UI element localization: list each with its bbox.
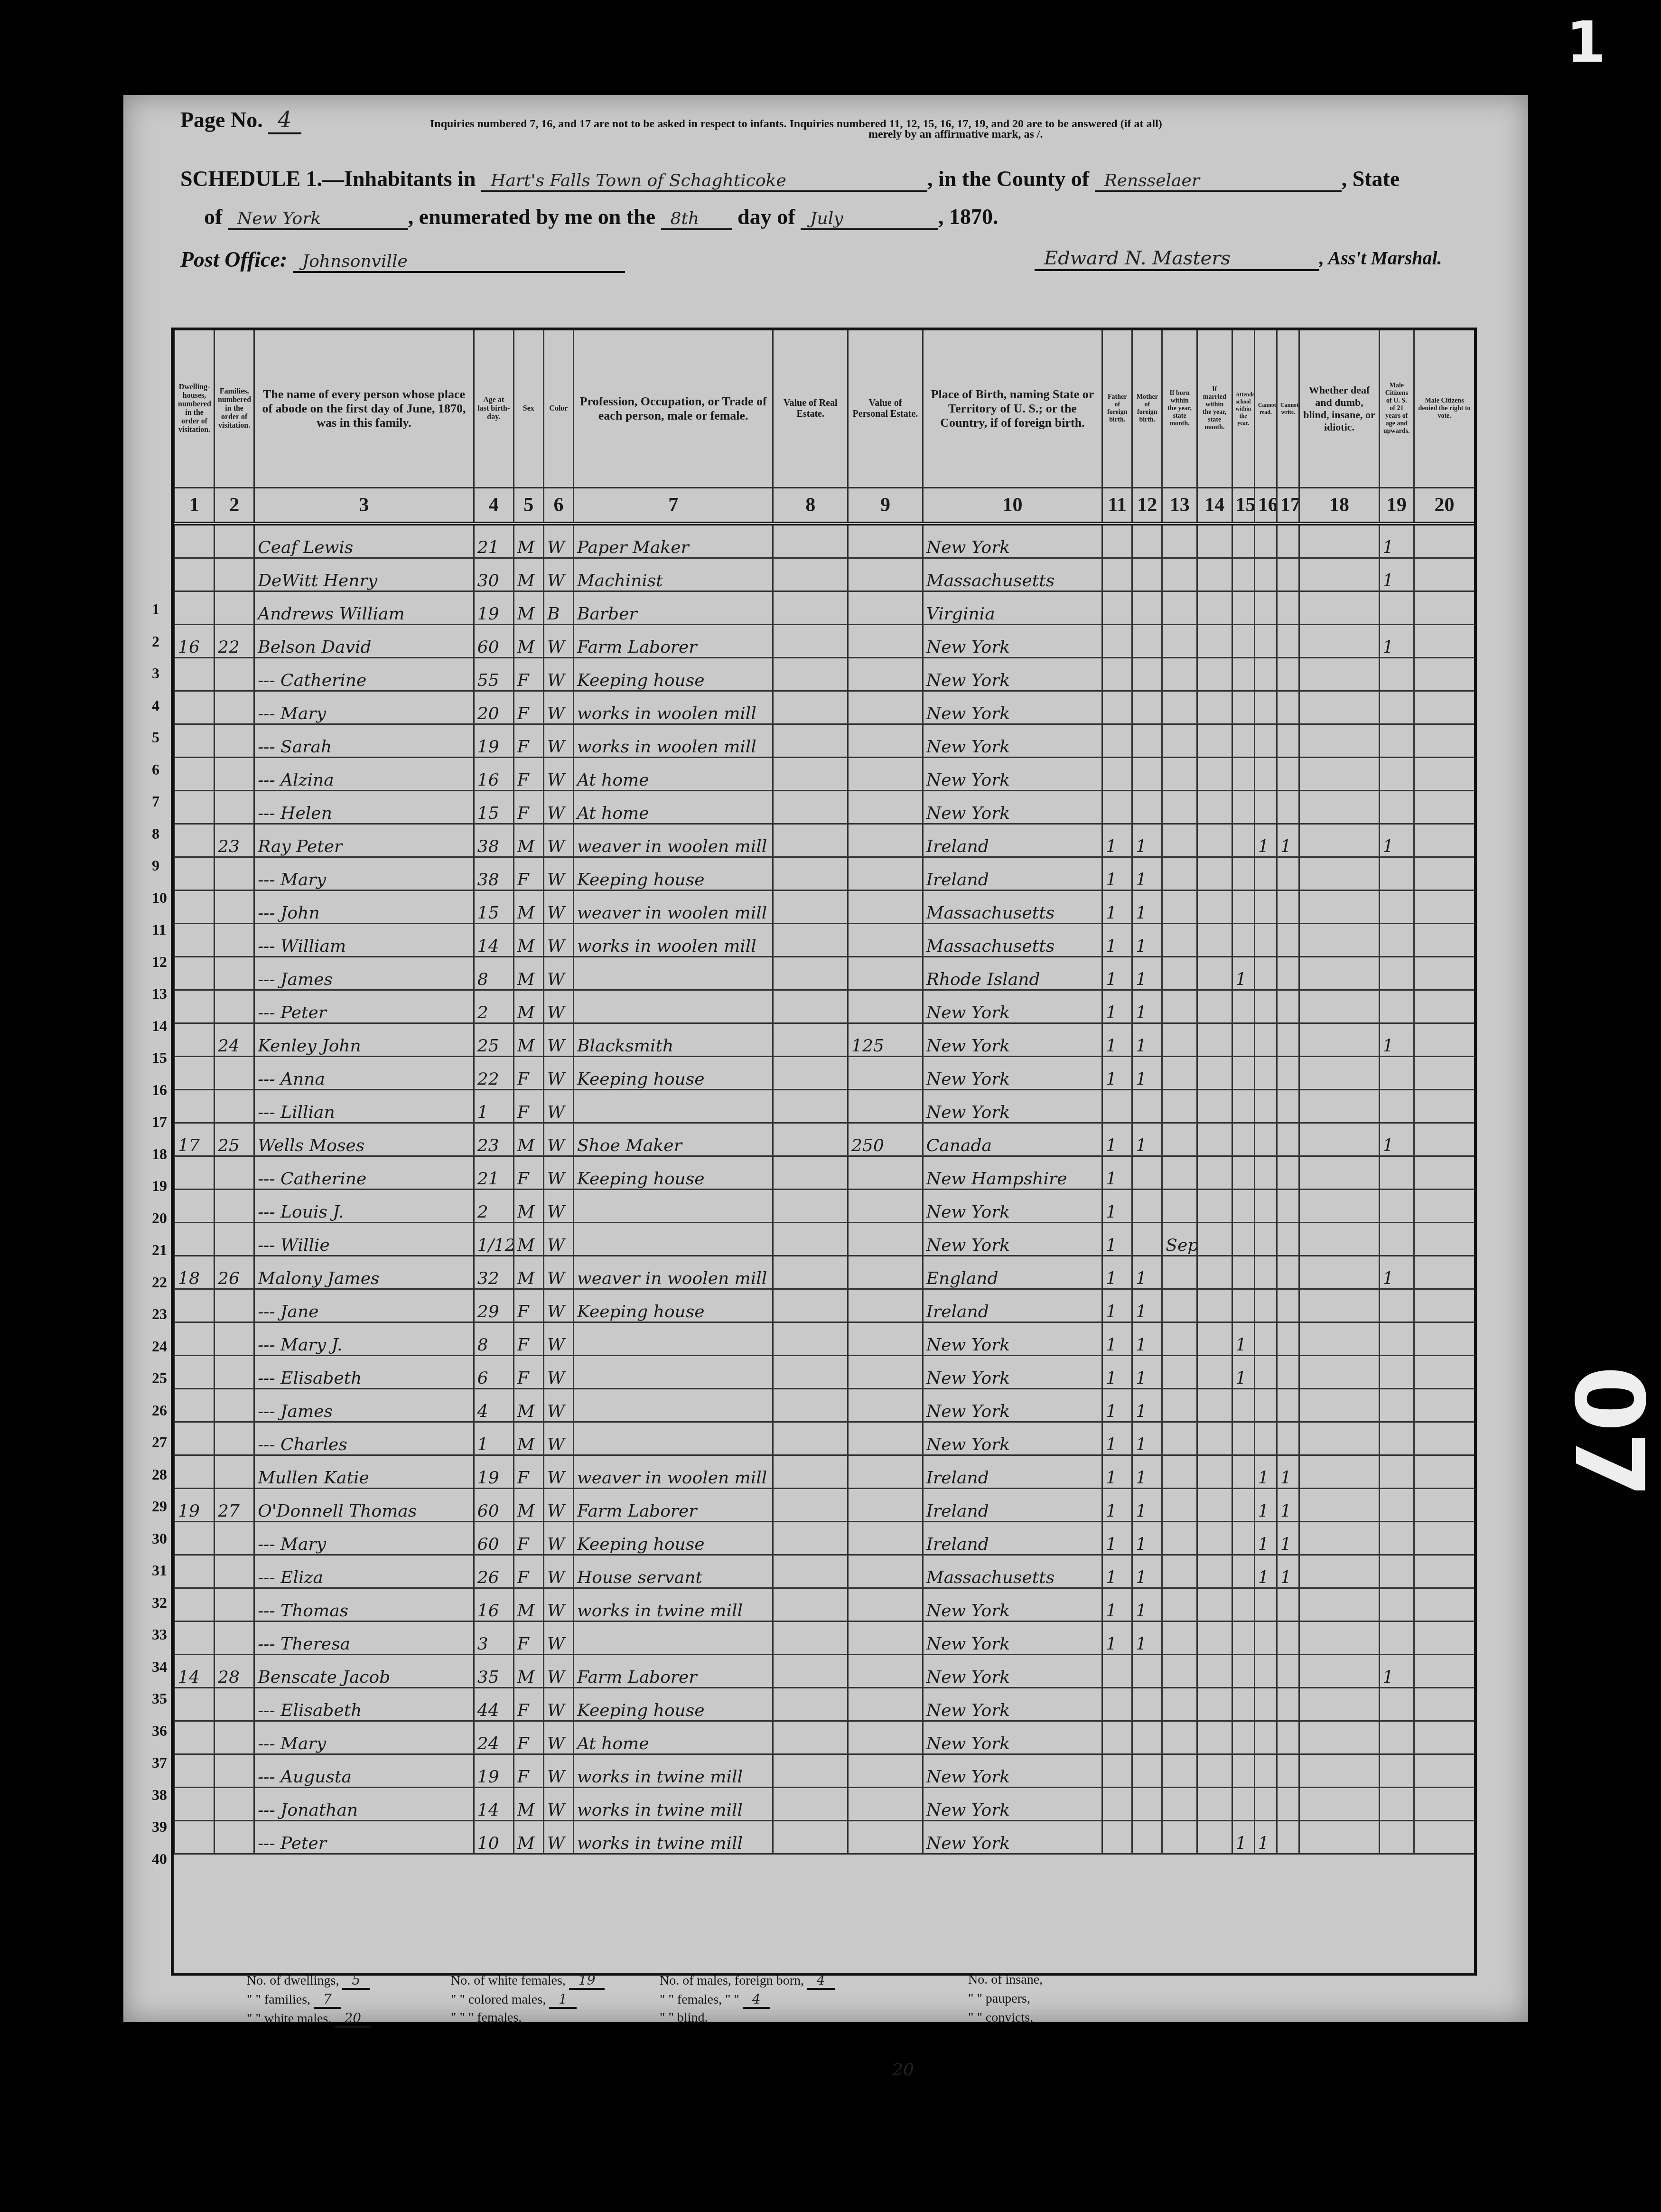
cell-c13 bbox=[1162, 1788, 1197, 1821]
row-number: 8 bbox=[152, 825, 159, 843]
cell-age: 10 bbox=[474, 1821, 513, 1854]
cell-occ bbox=[573, 1422, 773, 1455]
cell-c18 bbox=[1299, 924, 1379, 957]
cell-birth: New York bbox=[923, 1356, 1102, 1389]
row-number: 30 bbox=[152, 1530, 167, 1547]
paupers-total: " " paupers, bbox=[968, 1991, 1030, 2006]
cell-c17 bbox=[1277, 1356, 1299, 1389]
cell-pe bbox=[848, 1688, 923, 1721]
cell-c12 bbox=[1132, 791, 1162, 824]
cell-c17 bbox=[1277, 957, 1299, 990]
cell-birth: New York bbox=[923, 524, 1102, 558]
cell-occ: At home bbox=[573, 1721, 773, 1754]
cell-re bbox=[773, 558, 848, 591]
cell-c17: 1 bbox=[1277, 1489, 1299, 1522]
table-row: --- Peter10MWworks in twine millNew York… bbox=[175, 1821, 1474, 1854]
cell-c17 bbox=[1277, 1090, 1299, 1123]
cell-c15 bbox=[1232, 625, 1254, 658]
row-number: 19 bbox=[152, 1177, 167, 1195]
cell-c19 bbox=[1379, 1821, 1414, 1854]
cell-c19: 1 bbox=[1379, 625, 1414, 658]
cell-c19 bbox=[1379, 1322, 1414, 1356]
cell-c11 bbox=[1102, 1090, 1132, 1123]
cell-color: W bbox=[543, 1489, 573, 1522]
cell-dw bbox=[175, 1023, 215, 1057]
cell-sex: M bbox=[513, 1422, 543, 1455]
cell-re bbox=[773, 758, 848, 791]
cell-c18 bbox=[1299, 1389, 1379, 1422]
cell-sex: F bbox=[513, 691, 543, 724]
cell-name: --- Jonathan bbox=[254, 1788, 474, 1821]
cell-c11: 1 bbox=[1102, 1289, 1132, 1322]
cell-color: W bbox=[543, 1356, 573, 1389]
cell-c15 bbox=[1232, 524, 1254, 558]
cell-c11: 1 bbox=[1102, 857, 1132, 890]
cell-birth: Ireland bbox=[923, 824, 1102, 857]
col-header-19: Male Citizens of U. S. of 21 years of ag… bbox=[1379, 330, 1414, 488]
cell-dw bbox=[175, 658, 215, 691]
cell-c17 bbox=[1277, 1622, 1299, 1655]
cell-dw: 17 bbox=[175, 1123, 215, 1156]
cell-dw bbox=[175, 1721, 215, 1754]
cell-c16 bbox=[1254, 1256, 1277, 1289]
state-field: New York bbox=[228, 209, 408, 230]
cell-color: W bbox=[543, 1688, 573, 1721]
cell-sex: M bbox=[513, 1190, 543, 1223]
col-num: 7 bbox=[573, 488, 773, 524]
table-row: --- John15MWweaver in woolen millMassach… bbox=[175, 890, 1474, 924]
cell-c18 bbox=[1299, 591, 1379, 625]
cell-c13 bbox=[1162, 558, 1197, 591]
cell-sex: F bbox=[513, 1090, 543, 1123]
cell-birth: Ireland bbox=[923, 1489, 1102, 1522]
cell-re bbox=[773, 1588, 848, 1622]
cell-c11 bbox=[1102, 691, 1132, 724]
cell-c18 bbox=[1299, 1721, 1379, 1754]
cell-c12: 1 bbox=[1132, 1489, 1162, 1522]
column-numbers: 1 2 3 4 5 6 7 8 9 10 11 12 13 14 15 16 1 bbox=[175, 488, 1474, 524]
cell-pe bbox=[848, 990, 923, 1023]
cell-c20 bbox=[1414, 1788, 1474, 1821]
cell-dw bbox=[175, 1455, 215, 1489]
cell-dw bbox=[175, 524, 215, 558]
cell-re bbox=[773, 1156, 848, 1190]
table-row: --- Willie1/12MWNew York1Sept bbox=[175, 1223, 1474, 1256]
cell-c12 bbox=[1132, 1190, 1162, 1223]
cell-dw bbox=[175, 890, 215, 924]
cell-sex: F bbox=[513, 791, 543, 824]
cell-fam bbox=[215, 924, 254, 957]
cell-birth: New York bbox=[923, 1688, 1102, 1721]
cell-occ: Shoe Maker bbox=[573, 1123, 773, 1156]
cell-c12: 1 bbox=[1132, 1289, 1162, 1322]
cell-fam bbox=[215, 1190, 254, 1223]
cell-c18 bbox=[1299, 1322, 1379, 1356]
cell-sex: M bbox=[513, 1489, 543, 1522]
cell-c14 bbox=[1197, 691, 1232, 724]
cell-birth: New York bbox=[923, 1057, 1102, 1090]
cell-color: W bbox=[543, 1788, 573, 1821]
cell-c16 bbox=[1254, 791, 1277, 824]
cell-name: --- Lillian bbox=[254, 1090, 474, 1123]
cell-c14 bbox=[1197, 1522, 1232, 1555]
cell-color: W bbox=[543, 824, 573, 857]
cell-c13 bbox=[1162, 1190, 1197, 1223]
cell-c18 bbox=[1299, 724, 1379, 758]
cell-occ bbox=[573, 957, 773, 990]
cell-c12: 1 bbox=[1132, 890, 1162, 924]
cell-occ: Keeping house bbox=[573, 1057, 773, 1090]
post-office-line: Post Office: Johnsonville bbox=[180, 247, 625, 273]
cell-c15 bbox=[1232, 890, 1254, 924]
row-number: 38 bbox=[152, 1786, 167, 1804]
cell-fam bbox=[215, 1090, 254, 1123]
cell-sex: M bbox=[513, 990, 543, 1023]
col-header-17: Cannot write. bbox=[1277, 330, 1299, 488]
col-header-10: Place of Birth, naming State or Territor… bbox=[923, 330, 1102, 488]
cell-sex: F bbox=[513, 1455, 543, 1489]
cell-sex: M bbox=[513, 1123, 543, 1156]
row-number: 29 bbox=[152, 1498, 167, 1515]
cell-c17 bbox=[1277, 1389, 1299, 1422]
cell-fam bbox=[215, 1389, 254, 1422]
cell-c17 bbox=[1277, 658, 1299, 691]
cell-c15 bbox=[1232, 1422, 1254, 1455]
cell-c16 bbox=[1254, 691, 1277, 724]
cell-c19 bbox=[1379, 1489, 1414, 1522]
col-num: 11 bbox=[1102, 488, 1132, 524]
cell-birth: New York bbox=[923, 1422, 1102, 1455]
cell-name: --- Willie bbox=[254, 1223, 474, 1256]
cell-fam bbox=[215, 957, 254, 990]
cell-birth: New York bbox=[923, 1090, 1102, 1123]
cell-re bbox=[773, 724, 848, 758]
cell-sex: M bbox=[513, 591, 543, 625]
cell-c13 bbox=[1162, 1455, 1197, 1489]
cell-c15 bbox=[1232, 1555, 1254, 1588]
table-row: --- Mary24FWAt homeNew York bbox=[175, 1721, 1474, 1754]
cell-c13 bbox=[1162, 1489, 1197, 1522]
cell-occ bbox=[573, 1389, 773, 1422]
footer-mark: 20 bbox=[892, 2060, 914, 2080]
cell-c16 bbox=[1254, 724, 1277, 758]
cell-dw bbox=[175, 1522, 215, 1555]
side-stamp: 07 bbox=[1553, 1366, 1661, 1498]
cell-pe bbox=[848, 658, 923, 691]
cell-pe bbox=[848, 957, 923, 990]
county-label: , in the County of bbox=[927, 167, 1089, 191]
cell-fam bbox=[215, 1555, 254, 1588]
cell-name: --- Helen bbox=[254, 791, 474, 824]
cell-age: 19 bbox=[474, 1455, 513, 1489]
foreign-females-total: " " females, " " 4 bbox=[660, 1991, 770, 2009]
cell-birth: Massachusetts bbox=[923, 890, 1102, 924]
cell-fam bbox=[215, 724, 254, 758]
cell-re bbox=[773, 924, 848, 957]
cell-color: W bbox=[543, 1555, 573, 1588]
cell-re bbox=[773, 1688, 848, 1721]
cell-c11 bbox=[1102, 558, 1132, 591]
cell-dw bbox=[175, 1422, 215, 1455]
cell-birth: New York bbox=[923, 1190, 1102, 1223]
cell-dw bbox=[175, 791, 215, 824]
cell-c13 bbox=[1162, 1090, 1197, 1123]
cell-c14 bbox=[1197, 857, 1232, 890]
cell-c19 bbox=[1379, 1356, 1414, 1389]
cell-fam: 24 bbox=[215, 1023, 254, 1057]
cell-color: W bbox=[543, 1223, 573, 1256]
cell-age: 19 bbox=[474, 1754, 513, 1788]
table-row: --- Mary J.8FWNew York111 bbox=[175, 1322, 1474, 1356]
cell-c19 bbox=[1379, 1223, 1414, 1256]
cell-c14 bbox=[1197, 1023, 1232, 1057]
cell-birth: England bbox=[923, 1256, 1102, 1289]
cell-c17 bbox=[1277, 1754, 1299, 1788]
cell-c20 bbox=[1414, 824, 1474, 857]
cell-re bbox=[773, 791, 848, 824]
cell-c19 bbox=[1379, 1555, 1414, 1588]
cell-c12 bbox=[1132, 1688, 1162, 1721]
cell-c16 bbox=[1254, 1289, 1277, 1322]
cell-dw bbox=[175, 1754, 215, 1788]
row-number: 32 bbox=[152, 1594, 167, 1612]
cell-name: --- Mary bbox=[254, 691, 474, 724]
cell-c20 bbox=[1414, 758, 1474, 791]
cell-c12 bbox=[1132, 1090, 1162, 1123]
row-number: 25 bbox=[152, 1369, 167, 1387]
cell-age: 25 bbox=[474, 1023, 513, 1057]
cell-c12: 1 bbox=[1132, 1588, 1162, 1622]
cell-birth: Ireland bbox=[923, 857, 1102, 890]
cell-occ bbox=[573, 1090, 773, 1123]
cell-c18 bbox=[1299, 990, 1379, 1023]
col-num: 13 bbox=[1162, 488, 1197, 524]
table-row: --- Helen15FWAt homeNew York bbox=[175, 791, 1474, 824]
cell-c11 bbox=[1102, 1821, 1132, 1854]
cell-c17 bbox=[1277, 924, 1299, 957]
cell-fam bbox=[215, 1622, 254, 1655]
cell-age: 44 bbox=[474, 1688, 513, 1721]
cell-c15 bbox=[1232, 990, 1254, 1023]
cell-c17 bbox=[1277, 990, 1299, 1023]
cell-sex: F bbox=[513, 1156, 543, 1190]
cell-pe bbox=[848, 1389, 923, 1422]
cell-c18 bbox=[1299, 1489, 1379, 1522]
cell-c16 bbox=[1254, 524, 1277, 558]
cell-c15 bbox=[1232, 924, 1254, 957]
cell-fam bbox=[215, 758, 254, 791]
cell-age: 35 bbox=[474, 1655, 513, 1688]
cell-re bbox=[773, 1655, 848, 1688]
white-males-total: " " white males, 20 bbox=[247, 2010, 371, 2028]
cell-c17 bbox=[1277, 724, 1299, 758]
cell-color: W bbox=[543, 1256, 573, 1289]
cell-fam: 25 bbox=[215, 1123, 254, 1156]
cell-c19 bbox=[1379, 1190, 1414, 1223]
cell-color: W bbox=[543, 1289, 573, 1322]
cell-c14 bbox=[1197, 1422, 1232, 1455]
cell-name: Kenley John bbox=[254, 1023, 474, 1057]
cell-c11: 1 bbox=[1102, 1223, 1132, 1256]
cell-birth: New York bbox=[923, 1223, 1102, 1256]
col-num: 4 bbox=[474, 488, 513, 524]
cell-c13 bbox=[1162, 724, 1197, 758]
cell-c20 bbox=[1414, 724, 1474, 758]
cell-c14 bbox=[1197, 1389, 1232, 1422]
cell-occ: works in twine mill bbox=[573, 1754, 773, 1788]
cell-color: W bbox=[543, 1190, 573, 1223]
cell-c14 bbox=[1197, 1156, 1232, 1190]
row-number: 35 bbox=[152, 1690, 167, 1707]
cell-c15 bbox=[1232, 758, 1254, 791]
cell-occ: Keeping house bbox=[573, 1522, 773, 1555]
cell-age: 1/12 bbox=[474, 1223, 513, 1256]
cell-c13 bbox=[1162, 857, 1197, 890]
cell-c19: 1 bbox=[1379, 1123, 1414, 1156]
cell-color: W bbox=[543, 1389, 573, 1422]
row-number: 3 bbox=[152, 665, 159, 682]
cell-color: W bbox=[543, 1422, 573, 1455]
row-number: 40 bbox=[152, 1850, 167, 1868]
cell-c15 bbox=[1232, 1588, 1254, 1622]
cell-c16 bbox=[1254, 1090, 1277, 1123]
cell-c16 bbox=[1254, 1655, 1277, 1688]
cell-name: --- Theresa bbox=[254, 1622, 474, 1655]
col-num: 15 bbox=[1232, 488, 1254, 524]
cell-name: Ray Peter bbox=[254, 824, 474, 857]
cell-c12 bbox=[1132, 524, 1162, 558]
col-header-20: Male Citizens denied the right to vote. bbox=[1414, 330, 1474, 488]
cell-dw: 18 bbox=[175, 1256, 215, 1289]
cell-birth: Ireland bbox=[923, 1455, 1102, 1489]
cell-dw bbox=[175, 824, 215, 857]
cell-c17 bbox=[1277, 1123, 1299, 1156]
marshal-signature: Edward N. Masters bbox=[1035, 247, 1319, 271]
cell-age: 38 bbox=[474, 824, 513, 857]
cell-c20 bbox=[1414, 1588, 1474, 1622]
cell-c15 bbox=[1232, 1622, 1254, 1655]
cell-name: --- James bbox=[254, 1389, 474, 1422]
cell-c14 bbox=[1197, 591, 1232, 625]
cell-c15: 1 bbox=[1232, 1356, 1254, 1389]
cell-c11 bbox=[1102, 724, 1132, 758]
cell-c11 bbox=[1102, 524, 1132, 558]
cell-c16 bbox=[1254, 1422, 1277, 1455]
table-row: DeWitt Henry30MWMachinistMassachusetts1 bbox=[175, 558, 1474, 591]
cell-pe bbox=[848, 1821, 923, 1854]
col-num: 9 bbox=[848, 488, 923, 524]
cell-color: W bbox=[543, 957, 573, 990]
table-row: --- Thomas16MWworks in twine millNew Yor… bbox=[175, 1588, 1474, 1622]
cell-re bbox=[773, 1389, 848, 1422]
cell-c18 bbox=[1299, 1256, 1379, 1289]
col-header-4: Age at last birth-day. bbox=[474, 330, 513, 488]
cell-c16 bbox=[1254, 1156, 1277, 1190]
cell-dw bbox=[175, 857, 215, 890]
cell-name: Malony James bbox=[254, 1256, 474, 1289]
row-number: 22 bbox=[152, 1274, 167, 1291]
cell-dw bbox=[175, 691, 215, 724]
cell-age: 55 bbox=[474, 658, 513, 691]
cell-age: 21 bbox=[474, 1156, 513, 1190]
cell-c15: 1 bbox=[1232, 957, 1254, 990]
of-label: of bbox=[204, 205, 222, 229]
col-header-5: Sex bbox=[513, 330, 543, 488]
cell-sex: F bbox=[513, 1322, 543, 1356]
cell-re bbox=[773, 1322, 848, 1356]
cell-c11: 1 bbox=[1102, 1555, 1132, 1588]
cell-occ bbox=[573, 990, 773, 1023]
cell-c18 bbox=[1299, 1788, 1379, 1821]
cell-re bbox=[773, 625, 848, 658]
cell-c15 bbox=[1232, 1023, 1254, 1057]
cell-re bbox=[773, 1422, 848, 1455]
table-row: 1428Benscate Jacob35MWFarm LaborerNew Yo… bbox=[175, 1655, 1474, 1688]
col-num: 1 bbox=[175, 488, 215, 524]
cell-c17 bbox=[1277, 1023, 1299, 1057]
cell-color: W bbox=[543, 658, 573, 691]
cell-re bbox=[773, 1057, 848, 1090]
cell-fam bbox=[215, 1688, 254, 1721]
cell-c11: 1 bbox=[1102, 924, 1132, 957]
table-row: Andrews William19MBBarberVirginia bbox=[175, 591, 1474, 625]
cell-c18 bbox=[1299, 691, 1379, 724]
cell-occ: Barber bbox=[573, 591, 773, 625]
cell-age: 8 bbox=[474, 1322, 513, 1356]
cell-name: Wells Moses bbox=[254, 1123, 474, 1156]
cell-dw bbox=[175, 1289, 215, 1322]
cell-c20 bbox=[1414, 1156, 1474, 1190]
cell-age: 4 bbox=[474, 1389, 513, 1422]
cell-c11: 1 bbox=[1102, 890, 1132, 924]
cell-fam: 22 bbox=[215, 625, 254, 658]
schedule-label: SCHEDULE 1.—Inhabitants in bbox=[180, 167, 476, 191]
cell-c13 bbox=[1162, 1322, 1197, 1356]
cell-c20 bbox=[1414, 1190, 1474, 1223]
cell-fam: 27 bbox=[215, 1489, 254, 1522]
cell-color: W bbox=[543, 724, 573, 758]
cell-dw bbox=[175, 558, 215, 591]
cell-c17 bbox=[1277, 1688, 1299, 1721]
cell-age: 6 bbox=[474, 1356, 513, 1389]
cell-c17 bbox=[1277, 1156, 1299, 1190]
cell-birth: New York bbox=[923, 1788, 1102, 1821]
cell-sex: F bbox=[513, 1356, 543, 1389]
cell-c12: 1 bbox=[1132, 1356, 1162, 1389]
cell-c16 bbox=[1254, 1190, 1277, 1223]
cell-pe bbox=[848, 1721, 923, 1754]
cell-age: 32 bbox=[474, 1256, 513, 1289]
cell-color: W bbox=[543, 558, 573, 591]
cell-c13 bbox=[1162, 1123, 1197, 1156]
cell-c17 bbox=[1277, 1223, 1299, 1256]
cell-birth: New York bbox=[923, 1588, 1102, 1622]
cell-c15 bbox=[1232, 824, 1254, 857]
cell-c15 bbox=[1232, 1489, 1254, 1522]
cell-c13 bbox=[1162, 824, 1197, 857]
cell-birth: New York bbox=[923, 758, 1102, 791]
cell-color: W bbox=[543, 1622, 573, 1655]
cell-c18 bbox=[1299, 1688, 1379, 1721]
cell-age: 16 bbox=[474, 758, 513, 791]
cell-c14 bbox=[1197, 558, 1232, 591]
cell-c20 bbox=[1414, 524, 1474, 558]
cell-c14 bbox=[1197, 1123, 1232, 1156]
cell-c20 bbox=[1414, 890, 1474, 924]
col-header-13: If born within the year, state month. bbox=[1162, 330, 1197, 488]
col-header-14: If married within the year, state month. bbox=[1197, 330, 1232, 488]
cell-pe bbox=[848, 1555, 923, 1588]
